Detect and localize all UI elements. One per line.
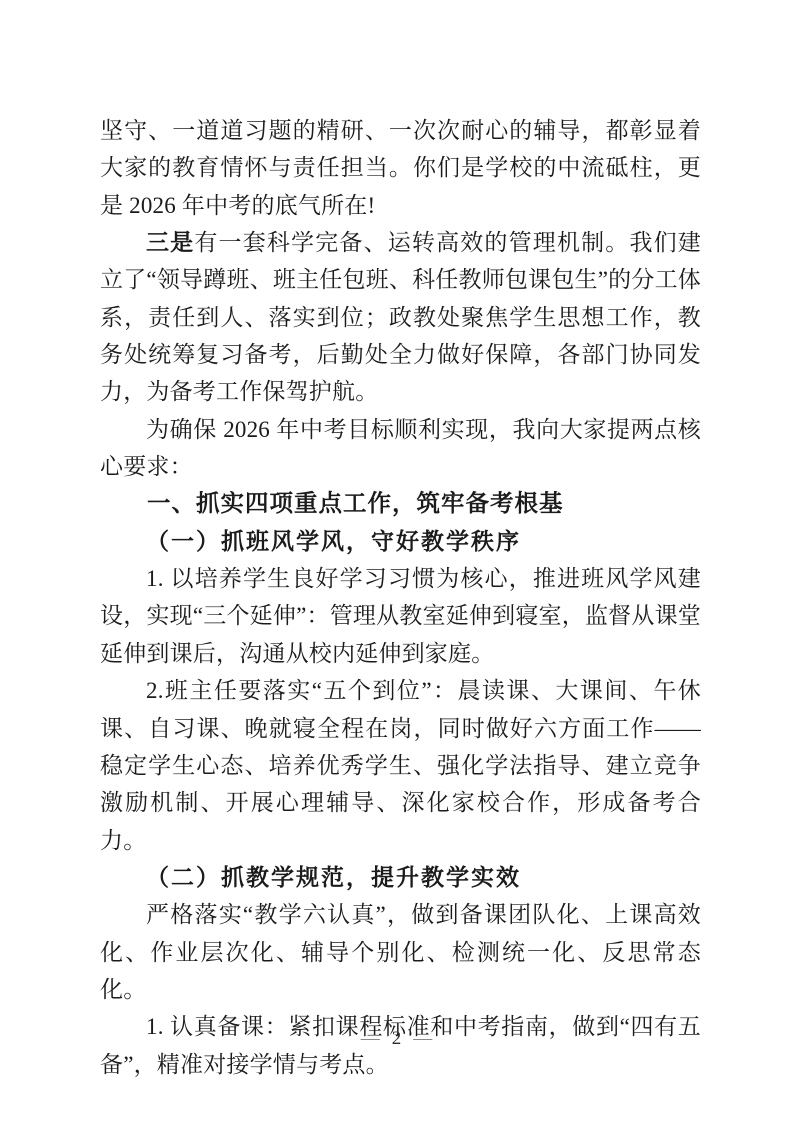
paragraph-text: 有一套科学完备、运转高效的管理机制。我们建立了“领导蹲班、班主任包班、科任教师包… <box>100 230 701 404</box>
section-heading: 一、抓实四项重点工作，筑牢备考根基 <box>100 485 701 522</box>
footer-dash-right: — <box>413 1028 432 1049</box>
body-paragraph: 三是有一套科学完备、运转高效的管理机制。我们建立了“领导蹲班、班主任包班、科任教… <box>100 224 701 411</box>
subsection-heading: （一）抓班风学风，守好教学秩序 <box>100 523 701 560</box>
subsection-heading: （二）抓教学规范，提升教学实效 <box>100 859 701 896</box>
body-paragraph: 为确保 2026 年中考目标顺利实现，我向大家提两点核心要求： <box>100 411 701 486</box>
page-number: 2 <box>392 1028 402 1049</box>
body-paragraph: 坚守、一道道习题的精研、一次次耐心的辅导，都彰显着大家的教育情怀与责任担当。你们… <box>100 112 701 224</box>
body-paragraph: 1. 以培养学生良好学习习惯为核心，推进班风学风建设，实现“三个延伸”：管理从教… <box>100 560 701 672</box>
document-page: 坚守、一道道习题的精研、一次次耐心的辅导，都彰显着大家的教育情怀与责任担当。你们… <box>0 0 793 1122</box>
page-footer: —2— <box>0 1028 793 1050</box>
paragraph-lead: 三是 <box>146 230 194 255</box>
footer-dash-left: — <box>361 1028 380 1049</box>
body-paragraph: 2.班主任要落实“五个到位”：晨读课、大课间、午休课、自习课、晚就寝全程在岗，同… <box>100 672 701 859</box>
document-body: 坚守、一道道习题的精研、一次次耐心的辅导，都彰显着大家的教育情怀与责任担当。你们… <box>100 112 701 1083</box>
body-paragraph: 严格落实“教学六认真”，做到备课团队化、上课高效化、作业层次化、辅导个别化、检测… <box>100 896 701 1008</box>
